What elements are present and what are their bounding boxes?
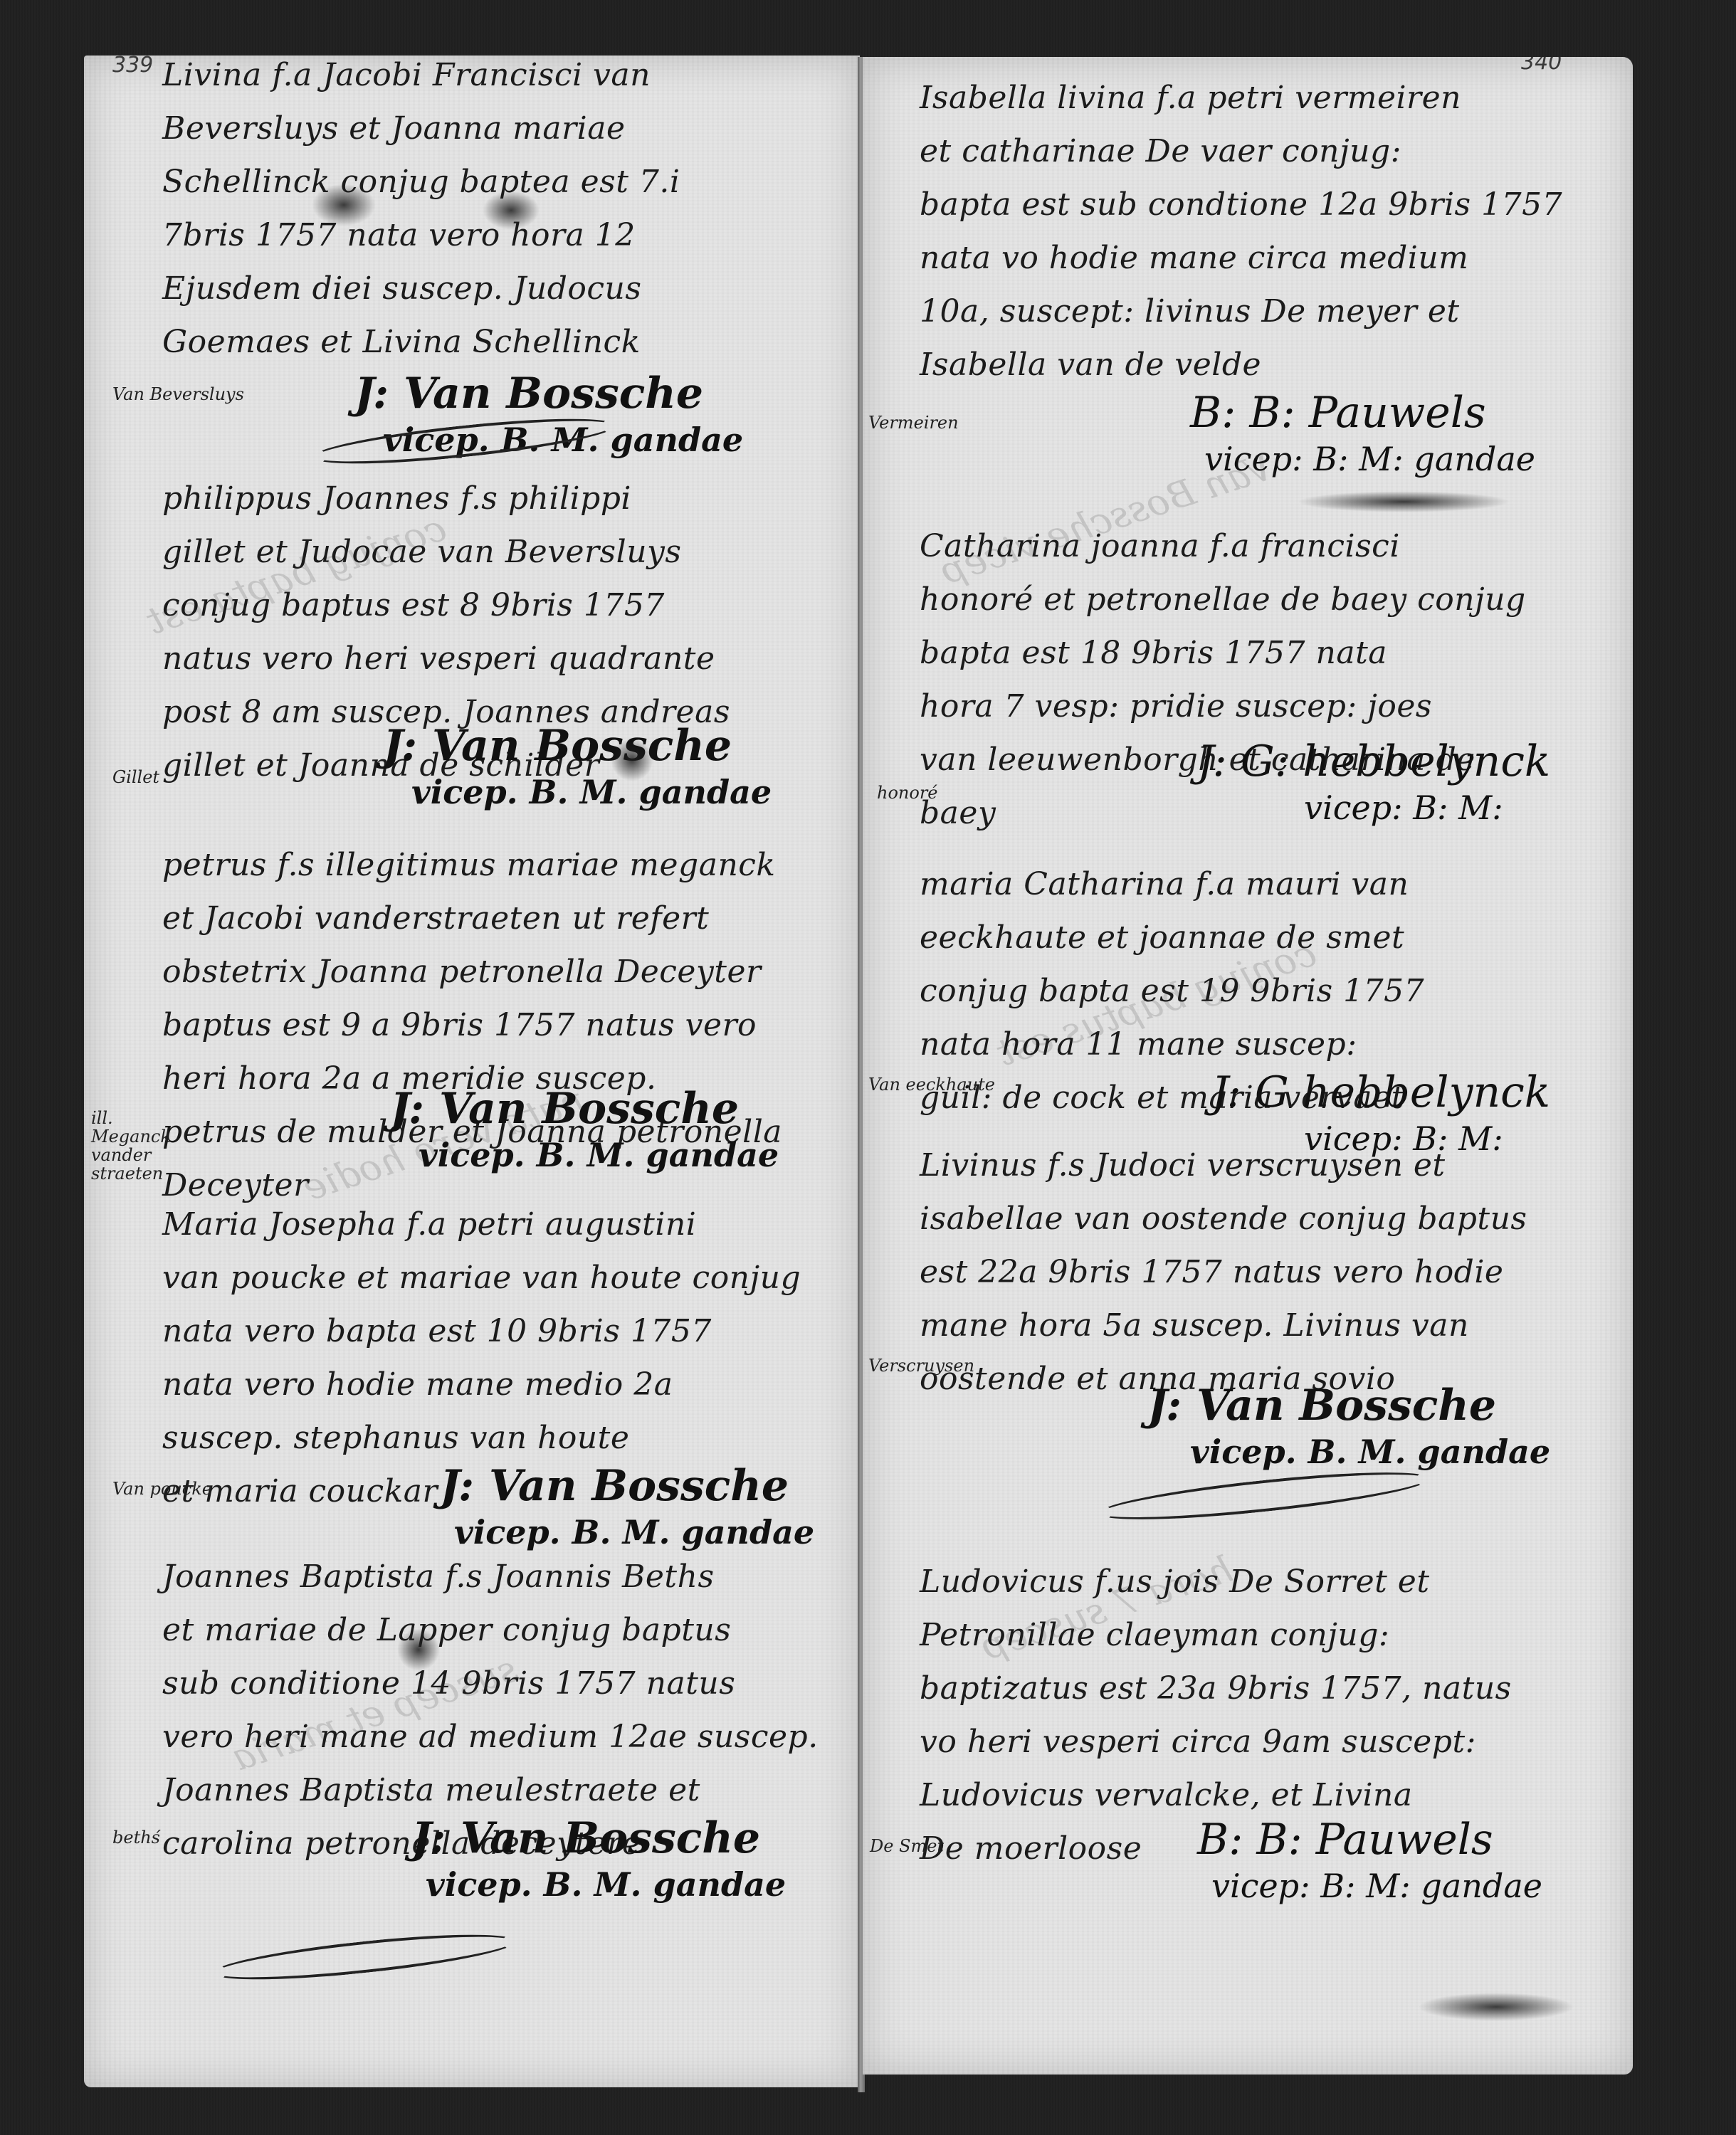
entry-line: Beversluys et Joanna mariae [162, 102, 680, 155]
margin-note: Van Beversluys [112, 384, 244, 404]
margin-note: Verscruysen [868, 1356, 974, 1376]
entry-line: Petronillae claeyman conjug: [920, 1608, 1512, 1662]
priest-signature: J: Van Bossche vicep. B. M. gandae [440, 1461, 814, 1554]
signature-title: vicep: B: M: gandae [1211, 1865, 1542, 1907]
signature-title: vicep. B. M. gandae [454, 1511, 814, 1554]
entry-line: natus vero heri vesperi quadrante [162, 632, 730, 685]
signature-name: J: G: hebbelynck [1197, 737, 1550, 786]
entry-line: conjug bapta est 19 9bris 1757 [920, 964, 1424, 1018]
entry-line: nata vo hodie mane circa medium [920, 231, 1562, 285]
priest-signature: J: Van Bossche vicep. B. M. gandae [411, 1813, 786, 1906]
signature-name: J: Van Bossche [354, 369, 743, 418]
entry-line: conjug baptus est 8 9bris 1757 [162, 579, 730, 632]
baptism-entry: Livinus f.s Judoci verscruysen et isabel… [920, 1139, 1527, 1406]
signature-name: B: B: Pauwels [1197, 1815, 1542, 1865]
right-page: Van Bossche vicep conjug baptus est hora… [863, 57, 1633, 2075]
entry-line: Ludovicus vervalcke, et Livina [920, 1768, 1512, 1822]
entry-line: 10a, suscept: livinus De meyer et [920, 285, 1562, 338]
signature-name: J: Van Bossche [440, 1461, 814, 1511]
signature-flourish [211, 1926, 517, 1988]
page-number: 339 [112, 56, 153, 78]
entry-line: Isabella van de velde [920, 338, 1562, 391]
entry-line: isabellae van oostende conjug baptus [920, 1192, 1527, 1245]
entry-line: eeckhaute et joannae de smet [920, 911, 1424, 964]
ink-smear [1418, 1993, 1574, 2021]
entry-line: hora 7 vesp: pridie suscep: joes [920, 680, 1526, 733]
margin-note: honoré [877, 783, 938, 803]
entry-line: nata vero bapta est 10 9bris 1757 [162, 1304, 801, 1358]
baptism-entry: Isabella livina f.a petri vermeiren et c… [920, 71, 1562, 391]
entry-line: Livina f.a Jacobi Francisci van [162, 56, 680, 102]
left-page: conjug bapta est nata vero hodie suscep … [84, 56, 860, 2087]
margin-note: Gillet [112, 767, 159, 787]
ink-blot [611, 739, 653, 781]
ink-blot [483, 191, 540, 230]
priest-signature: J: Van Bossche vicep. B. M. gandae [383, 721, 772, 813]
entry-line: Schellinck conjug baptea est 7.i [162, 155, 680, 209]
entry-line: baptizatus est 23a 9bris 1757, natus [920, 1662, 1512, 1715]
signature-name: J: Van Bossche [390, 1084, 779, 1134]
entry-line: Catharina joanna f.a francisci [920, 520, 1526, 573]
signature-title: vicep. B. M. gandae [1190, 1430, 1550, 1473]
ink-blot [312, 184, 376, 226]
entry-line: nata vero hodie mane medio 2a [162, 1358, 801, 1411]
baptism-entry: Livina f.a Jacobi Francisci van Beverslu… [162, 56, 680, 369]
entry-line: bapta est sub condtione 12a 9bris 1757 [920, 178, 1562, 231]
margin-note: De Smet [870, 1836, 944, 1856]
entry-line: nata hora 11 mane suscep: [920, 1018, 1424, 1071]
entry-line: gillet et Judocae van Beversluys [162, 525, 730, 579]
priest-signature: J: Van Bossche vicep. B. M. gandae [390, 1084, 779, 1176]
priest-signature: J: Van Bossche vicep. B. M. gandae [1147, 1381, 1550, 1473]
entry-line: philippus Joannes f.s philippi [162, 472, 730, 525]
entry-line: Ejusdem diei suscep. Judocus [162, 262, 680, 315]
signature-name: B: B: Pauwels [1190, 388, 1535, 438]
entry-line: baptus est 9 a 9bris 1757 natus vero [162, 998, 782, 1052]
entry-line: Isabella livina f.a petri vermeiren [920, 71, 1562, 125]
entry-line: van poucke et mariae van houte conjug [162, 1251, 801, 1304]
entry-line: Joannes Baptista meulestraete et [162, 1764, 819, 1817]
margin-note: ill. Meganck vander straeten [91, 1109, 155, 1183]
margin-note: Van poucke [112, 1479, 212, 1499]
entry-line: Maria Josepha f.a petri augustini [162, 1198, 801, 1251]
entry-line: et Jacobi vanderstraeten ut refert [162, 892, 782, 945]
entry-line: sub conditione 14 9bris 1757 natus [162, 1657, 819, 1710]
signature-title: vicep. B. M. gandae [411, 771, 772, 813]
signature-title: vicep. B. M. gandae [419, 1134, 779, 1176]
signature-name: J: Van Bossche [411, 1813, 786, 1863]
entry-line: suscep. stephanus van houte [162, 1411, 801, 1465]
priest-signature: J: G: hebbelynck vicep: B: M: [1197, 737, 1550, 829]
entry-line: et catharinae De vaer conjug: [920, 125, 1562, 178]
entry-line: mane hora 5a suscep. Livinus van [920, 1299, 1527, 1352]
entry-line: est 22a 9bris 1757 natus vero hodie [920, 1245, 1527, 1299]
ink-blot [397, 1628, 440, 1671]
margin-note: bethś [112, 1828, 160, 1847]
signature-name: J: G hebbelynck [1211, 1067, 1550, 1117]
entry-line: maria Catharina f.a mauri van [920, 858, 1424, 911]
entry-line: petrus f.s illegitimus mariae meganck [162, 838, 782, 892]
entry-line: Joannes Baptista f.s Joannis Beths [162, 1550, 819, 1603]
ink-smear [1297, 491, 1510, 512]
entry-line: et mariae de Lapper conjug baptus [162, 1603, 819, 1657]
signature-name: J: Van Bossche [1147, 1381, 1550, 1430]
entry-line: Ludovicus f.us jois De Sorret et [920, 1555, 1512, 1608]
entry-line: Livinus f.s Judoci verscruysen et [920, 1139, 1527, 1192]
margin-note: Vermeiren [868, 413, 959, 433]
entry-line: vo heri vesperi circa 9am suscept: [920, 1715, 1512, 1768]
entry-line: obstetrix Joanna petronella Deceyter [162, 945, 782, 998]
signature-title: vicep: B: M: gandae [1204, 438, 1535, 480]
entry-line: honoré et petronellae de baey conjug [920, 573, 1526, 626]
margin-note: Van eeckhaute [868, 1075, 995, 1095]
priest-signature: B: B: Pauwels vicep: B: M: gandae [1197, 1815, 1542, 1907]
entry-line: vero heri mane ad medium 12ae suscep. [162, 1710, 819, 1764]
entry-line: Goemaes et Livina Schellinck [162, 315, 680, 369]
priest-signature: B: B: Pauwels vicep: B: M: gandae [1190, 388, 1535, 480]
signature-name: J: Van Bossche [383, 721, 772, 771]
signature-title: vicep: B: M: [1304, 786, 1550, 829]
entry-line: 7bris 1757 nata vero hora 12 [162, 209, 680, 262]
signature-title: vicep. B. M. gandae [426, 1863, 786, 1906]
entry-line: bapta est 18 9bris 1757 nata [920, 626, 1526, 680]
